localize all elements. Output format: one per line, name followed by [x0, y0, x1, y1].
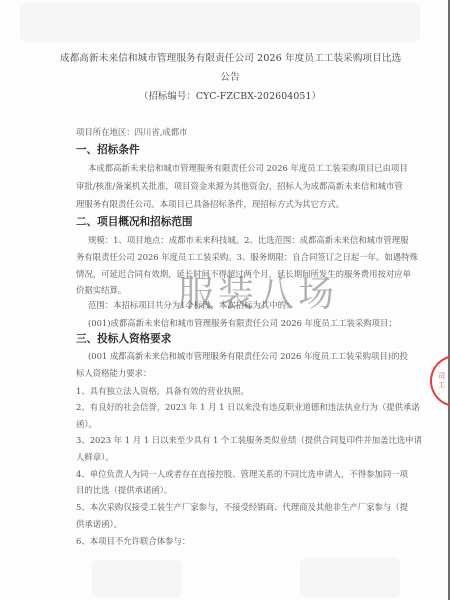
paragraph-line: 4、单位负责人为同一人或者存在直接控股、管理关系的不同比选申请人，不得参加同一项	[76, 468, 396, 480]
section-heading: 三、投标人资格要求	[76, 331, 171, 346]
section-heading: 一、招标条件	[76, 142, 140, 157]
project-location: 项目所在地区：四川省,成都市	[76, 126, 396, 138]
bid-number: （招标编号：CYC-FZCBX-202604051）	[60, 88, 400, 102]
paragraph-line: 务有限责任公司 2026 年度员工工装采购。3、服务期限：自合同签订之日起一年。…	[76, 251, 396, 263]
bleed-through-mark	[20, 2, 420, 42]
paragraph-line: 3、2023 年 1 月 1 日以来至少具有 1 个工装服务类似业绩（提供合同复…	[76, 434, 396, 446]
document-page: 成都高新未来信和城市管理服务有限责任公司 2026 年度员工工装采购项目比选 公…	[0, 0, 450, 600]
paragraph-line: 6、本项目不允许联合体参与：	[76, 535, 396, 547]
paragraph-line: 人鲜章）。	[76, 451, 396, 463]
document-title: 成都高新未来信和城市管理服务有限责任公司 2026 年度员工工装采购项目比选	[60, 50, 400, 64]
bleed-through-mark	[300, 558, 400, 598]
paragraph-line: (001 成都高新未来信和城市管理服务有限责任公司 2026 年度员工工装采购项…	[88, 350, 408, 362]
stamp-char: ·	[438, 363, 440, 372]
stamp-char: ·	[438, 390, 440, 399]
paragraph-line: 理服务有限责任公司。本项目已具备招标条件，现招标方式为其它方式。	[76, 198, 396, 210]
paragraph-line: 审批/核准/备案机关批准，项目资金来源为其他资金/，招标人为成都高新未来信和城市…	[76, 180, 396, 192]
document-title-suffix: 公告	[60, 69, 400, 83]
paragraph-line: 函）。	[76, 418, 396, 430]
stamp-char: 司	[438, 372, 445, 381]
stamp-char: 工	[438, 381, 445, 390]
paragraph-line: 2、有良好的社会信誉，2023 年 1 月 1 日以来没有违反职业道德和违法执业…	[76, 401, 396, 413]
paragraph-line: 供承诺函）。	[76, 518, 396, 530]
paragraph-line: 规模：1、项目地点：成都市未来科技城。2、比选范围：成都高新未来信和城市管理服	[88, 234, 408, 246]
watermark: 服装八场	[178, 266, 338, 317]
paragraph-line: 1、具有独立法人资格，具备有效的营业执照。	[76, 385, 396, 397]
bleed-through-mark	[92, 560, 182, 598]
paragraph-line: (001)成都高新未来信和城市管理服务有限责任公司 2026 年度员工工装采购项…	[88, 317, 408, 329]
section-heading: 二、项目概况和招标范围	[76, 214, 193, 229]
paragraph-line: 标人资格能力要求：	[76, 367, 396, 379]
paragraph-line: 本成都高新未来信和城市管理服务有限责任公司 2026 年度员工工装采购项目已由项…	[88, 162, 408, 174]
paragraph-line: 目的比选（提供承诺函）。	[76, 484, 396, 496]
paragraph-line: 5、本次采购仅接受工装生产厂家参与，不接受经销商、代理商及其他非生产厂家参与（提	[76, 501, 396, 513]
